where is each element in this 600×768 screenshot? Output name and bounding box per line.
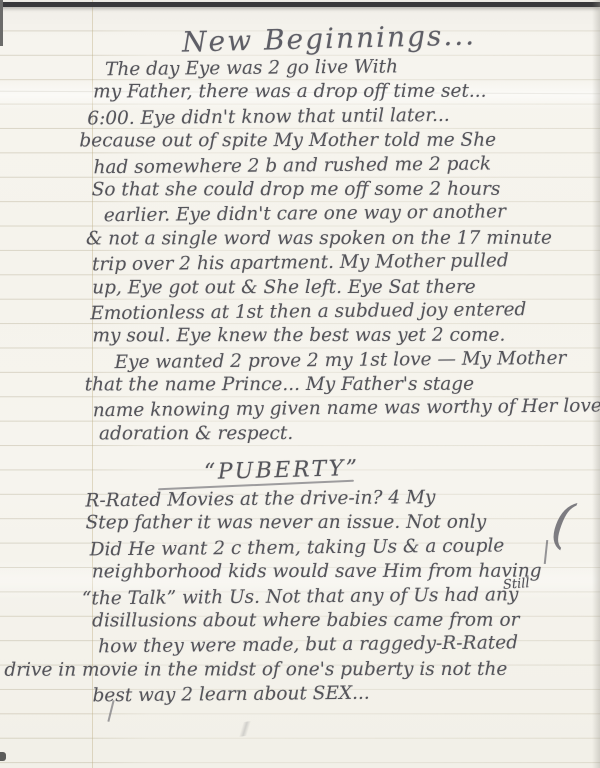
handwritten-line: my soul. Eye knew the best was yet 2 com… <box>92 324 578 349</box>
handwritten-line: had somewhere 2 b and rushed me 2 pack <box>93 151 577 180</box>
notebook-page: New Beginnings... The day Eye was 2 go l… <box>0 0 600 768</box>
handwritten-line: earlier. Eye didn't care one way or anot… <box>104 200 578 229</box>
handwritten-line: my Father, there was a drop off time set… <box>93 80 577 105</box>
handwritten-line: So that she could drop me off some 2 hou… <box>92 177 578 202</box>
handwritten-line: best way 2 learn about SEX... <box>92 680 598 709</box>
handwritten-line: because out of spite My Mother told me S… <box>79 129 577 154</box>
handwritten-line: trip over 2 his apartment. My Mother pul… <box>92 249 578 278</box>
paragraph-new-beginnings: The day Eye was 2 go live Withmy Father,… <box>77 55 579 448</box>
handwritten-line: adoration & respect. <box>99 421 579 446</box>
handwritten-line: Emotionless at 1st then a subdued joy en… <box>90 298 578 327</box>
handwritten-line: & not a single word was spoken on the 17… <box>86 226 578 251</box>
handwritten-line: 6:00. Eye didn't know that until later..… <box>87 102 577 131</box>
handwritten-line: Did He want 2 c them, taking Us & a coup… <box>90 533 598 562</box>
scan-spot-bottom-left <box>0 752 6 761</box>
inserted-word-still: Still <box>503 576 531 593</box>
handwritten-line: Eye wanted 2 prove 2 my 1st love — My Mo… <box>114 346 578 375</box>
paragraph-puberty: R-Rated Movies at the drive-in? 4 MyStep… <box>77 486 598 708</box>
scan-edge-top <box>0 2 600 7</box>
handwritten-line: Step father it was never an issue. Not o… <box>86 511 598 536</box>
handwritten-line: R-Rated Movies at the drive-in? 4 My <box>85 485 597 514</box>
handwritten-line: drive in movie in the midst of one's pub… <box>4 657 598 682</box>
handwritten-line: name knowing my given name was worthy of… <box>93 395 579 424</box>
scan-edge-left <box>0 0 3 46</box>
handwritten-line: The day Eye was 2 go live With <box>105 54 577 83</box>
handwritten-line: how they were made, but a raggedy-R-Rate… <box>98 631 598 660</box>
handwritten-line: disillusions about where babies came fro… <box>92 608 598 633</box>
handwritten-line: that the name Prince... My Father's stag… <box>85 373 579 398</box>
handwritten-line: up, Eye got out & She left. Eye Sat ther… <box>92 275 578 300</box>
